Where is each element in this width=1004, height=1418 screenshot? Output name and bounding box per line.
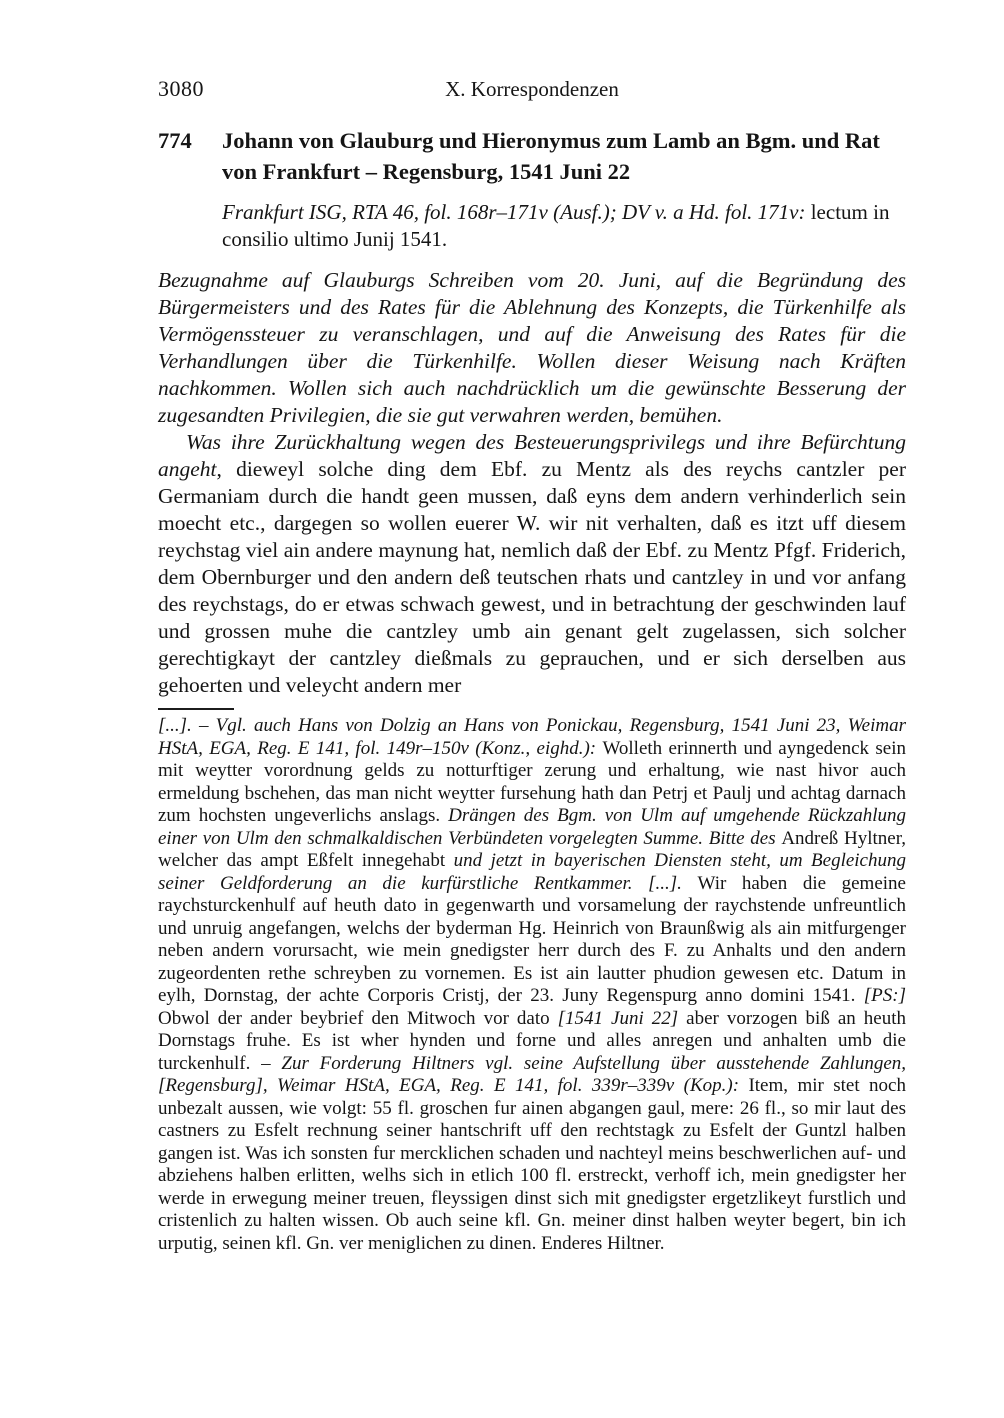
summary-paragraph: Bezugnahme auf Glauburgs Schreiben vom 2… [158,267,906,429]
source-note: Frankfurt ISG, RTA 46, fol. 168r–171v (A… [222,199,906,253]
page-header: 3080 X. Korrespondenzen [158,76,906,104]
entry-number: 774 [158,125,222,187]
roman-text-run: Obwol der ander beybrief den Mitwoch vor… [158,1008,558,1029]
running-head: X. Korrespondenzen [158,77,906,102]
footnote-text: [...]. – Vgl. auch Hans von Dolzig an Ha… [158,715,906,1255]
italic-text-run: [1541 Juni 22] [558,1008,687,1029]
entry-title: Johann von Glauburg und Hieronymus zum L… [222,125,906,187]
roman-text-run: Item, mir stet noch unbezalt aussen, wie… [158,1075,911,1254]
page-content: 3080 X. Korrespondenzen 774 Johann von G… [158,76,906,1255]
italic-text-run: Bezugnahme auf Glauburgs Schreiben vom 2… [158,268,911,427]
entry-heading: 774 Johann von Glauburg und Hieronymus z… [158,125,906,187]
body-paragraph: Was ihre Zurückhaltung wegen des Besteue… [158,429,906,699]
roman-text-run: , dieweyl solche ding dem Ebf. zu Mentz … [158,457,911,697]
book-page: 3080 X. Korrespondenzen 774 Johann von G… [0,0,1004,1418]
italic-text-run: Frankfurt ISG, RTA 46, fol. 168r–171v (A… [222,200,811,224]
footnote-block: [...]. – Vgl. auch Hans von Dolzig an Ha… [158,708,906,1255]
italic-text-run: [PS:] [864,985,911,1006]
footnote-separator-rule [158,708,234,710]
